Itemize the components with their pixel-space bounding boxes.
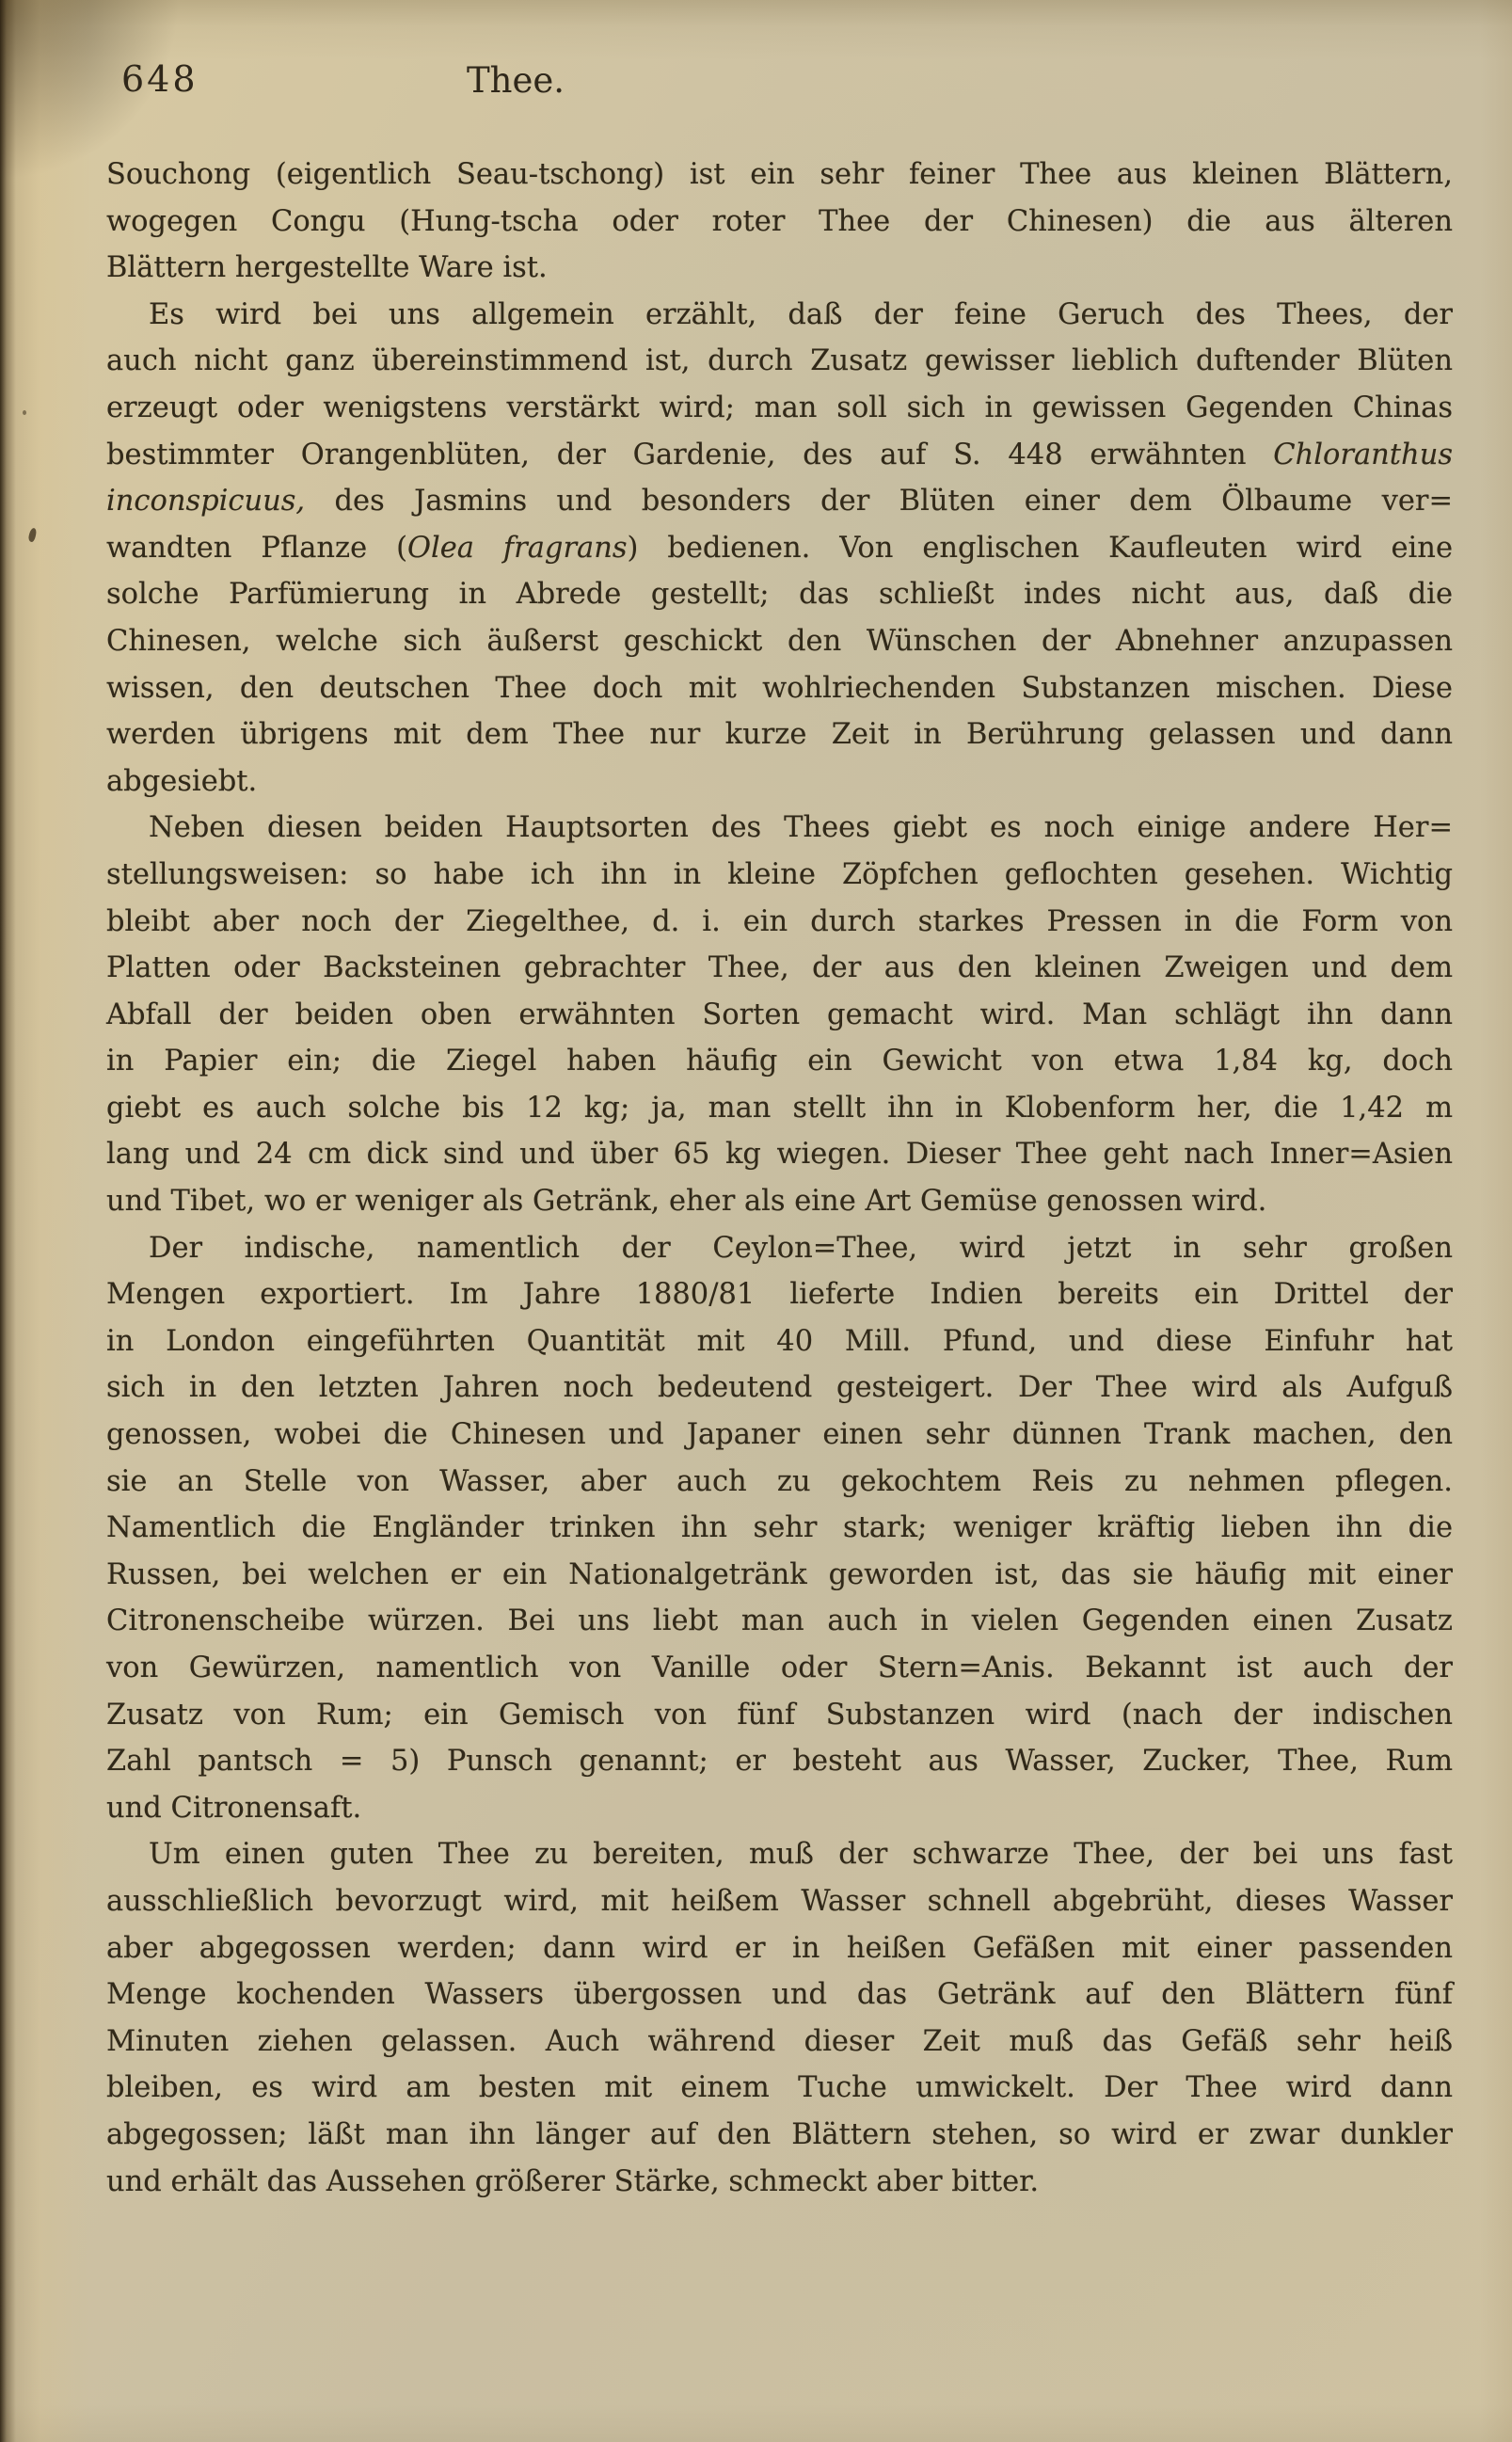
ink-speck bbox=[23, 410, 26, 415]
text-run: Blättern hergestellte Ware ist. bbox=[106, 251, 548, 284]
text-run: wogegen Congu (Hung-tscha oder roter The… bbox=[106, 205, 1453, 238]
text-line: wandten Pflanze (Olea fragrans) bedienen… bbox=[106, 525, 1453, 572]
text-run: Platten oder Backsteinen gebrachter Thee… bbox=[106, 951, 1453, 984]
text-run: Menge kochenden Wassers übergossen und d… bbox=[106, 1978, 1453, 2011]
text-run: Chinesen, welche sich äußerst geschickt … bbox=[106, 625, 1453, 658]
italic-text-run: Chloranthus bbox=[1273, 439, 1453, 471]
text-run: sie an Stelle von Wasser, aber auch zu g… bbox=[106, 1465, 1453, 1498]
text-line: in London eingeführten Quantität mit 40 … bbox=[106, 1318, 1453, 1365]
text-run: lang und 24 cm dick sind und über 65 kg … bbox=[106, 1138, 1453, 1171]
text-run: Russen, bei welchen er ein Nationalgeträ… bbox=[106, 1558, 1453, 1591]
text-line: Souchong (eigentlich Seau-tschong) ist e… bbox=[106, 152, 1453, 199]
text-line: Platten oder Backsteinen gebrachter Thee… bbox=[106, 945, 1453, 992]
text-run: Namentlich die Engländer trinken ihn seh… bbox=[106, 1511, 1453, 1544]
text-line: genossen, wobei die Chinesen und Japaner… bbox=[106, 1412, 1453, 1459]
text-line: Um einen guten Thee zu bereiten, muß der… bbox=[106, 1831, 1453, 1878]
text-run: Neben diesen beiden Hauptsorten des Thee… bbox=[149, 811, 1453, 844]
text-run: Um einen guten Thee zu bereiten, muß der… bbox=[149, 1838, 1453, 1871]
text-line: Citronenscheibe würzen. Bei uns liebt ma… bbox=[106, 1598, 1453, 1645]
text-run: genossen, wobei die Chinesen und Japaner… bbox=[106, 1418, 1453, 1451]
text-line: und erhält das Aussehen größerer Stärke,… bbox=[106, 2159, 1453, 2206]
text-line: werden übrigens mit dem Thee nur kurze Z… bbox=[106, 711, 1453, 758]
text-line: abgegossen; läßt man ihn länger auf den … bbox=[106, 2112, 1453, 2159]
text-run: wissen, den deutschen Thee doch mit wohl… bbox=[106, 672, 1453, 705]
text-run: solche Parfümierung in Abrede gestellt; … bbox=[106, 578, 1453, 611]
text-line: und Tibet, wo er weniger als Getränk, eh… bbox=[106, 1178, 1453, 1225]
text-run: Souchong (eigentlich Seau-tschong) ist e… bbox=[106, 158, 1453, 191]
running-header: 648 Thee. bbox=[0, 0, 1512, 122]
text-line: Chinesen, welche sich äußerst geschickt … bbox=[106, 618, 1453, 665]
page-number: 648 bbox=[121, 58, 199, 100]
text-line: auch nicht ganz übereinstimmend ist, dur… bbox=[106, 338, 1453, 385]
text-line: Mengen exportiert. Im Jahre 1880/81 lief… bbox=[106, 1271, 1453, 1318]
text-line: sie an Stelle von Wasser, aber auch zu g… bbox=[106, 1459, 1453, 1506]
text-run: bleibt aber noch der Ziegelthee, d. i. e… bbox=[106, 905, 1453, 938]
text-line: Namentlich die Engländer trinken ihn seh… bbox=[106, 1505, 1453, 1552]
text-line: bleibt aber noch der Ziegelthee, d. i. e… bbox=[106, 899, 1453, 946]
text-line: stellungsweisen: so habe ich ihn in klei… bbox=[106, 852, 1453, 899]
text-run: in London eingeführten Quantität mit 40 … bbox=[106, 1325, 1453, 1358]
italic-text-run: inconspicuus, bbox=[106, 485, 305, 518]
text-run: und Citronensaft. bbox=[106, 1792, 361, 1825]
text-line: ausschließlich bevorzugt wird, mit heiße… bbox=[106, 1878, 1453, 1925]
book-page: 648 Thee. Souchong (eigentlich Seau-tsch… bbox=[0, 0, 1512, 2442]
text-run: bleiben, es wird am besten mit einem Tuc… bbox=[106, 2071, 1453, 2104]
text-line: Menge kochenden Wassers übergossen und d… bbox=[106, 1971, 1453, 2019]
text-run: Der indische, namentlich der Ceylon=Thee… bbox=[149, 1232, 1453, 1265]
ink-speck bbox=[27, 527, 37, 542]
text-run: Minuten ziehen gelassen. Auch während di… bbox=[106, 2025, 1453, 2058]
text-line: aber abgegossen werden; dann wird er in … bbox=[106, 1925, 1453, 1972]
text-line: bleiben, es wird am besten mit einem Tuc… bbox=[106, 2065, 1453, 2112]
italic-text-run: Olea fragrans bbox=[407, 532, 628, 565]
text-run: Mengen exportiert. Im Jahre 1880/81 lief… bbox=[106, 1278, 1453, 1311]
text-line: Abfall der beiden oben erwähnten Sorten … bbox=[106, 992, 1453, 1039]
text-run: von Gewürzen, namentlich von Vanille ode… bbox=[106, 1652, 1453, 1684]
text-run: und erhält das Aussehen größerer Stärke,… bbox=[106, 2165, 1039, 2198]
text-run: ) bedienen. Von englischen Kaufleuten wi… bbox=[628, 532, 1453, 565]
text-line: inconspicuus, des Jasmins und besonders … bbox=[106, 478, 1453, 525]
text-run: abgegossen; läßt man ihn länger auf den … bbox=[106, 2118, 1453, 2151]
text-run: erzeugt oder wenigstens verstärkt wird; … bbox=[106, 391, 1453, 424]
text-run: abgesiebt. bbox=[106, 765, 257, 798]
text-run: wandten Pflanze ( bbox=[106, 532, 407, 565]
text-line: abgesiebt. bbox=[106, 758, 1453, 806]
text-line: giebt es auch solche bis 12 kg; ja, man … bbox=[106, 1085, 1453, 1132]
text-line: lang und 24 cm dick sind und über 65 kg … bbox=[106, 1131, 1453, 1178]
text-run: sich in den letzten Jahren noch bedeuten… bbox=[106, 1371, 1453, 1404]
text-run: in Papier ein; die Ziegel haben häufig e… bbox=[106, 1045, 1453, 1077]
text-run: bestimmter Orangenblüten, der Gardenie, … bbox=[106, 439, 1273, 471]
text-run: giebt es auch solche bis 12 kg; ja, man … bbox=[106, 1092, 1453, 1125]
text-line: von Gewürzen, namentlich von Vanille ode… bbox=[106, 1645, 1453, 1692]
text-line: Minuten ziehen gelassen. Auch während di… bbox=[106, 2019, 1453, 2066]
text-line: sich in den letzten Jahren noch bedeuten… bbox=[106, 1365, 1453, 1412]
text-block: Souchong (eigentlich Seau-tschong) ist e… bbox=[106, 152, 1453, 2205]
text-line: Russen, bei welchen er ein Nationalgeträ… bbox=[106, 1552, 1453, 1599]
text-line: und Citronensaft. bbox=[106, 1785, 1453, 1832]
text-line: Blättern hergestellte Ware ist. bbox=[106, 245, 1453, 292]
text-run: auch nicht ganz übereinstimmend ist, dur… bbox=[106, 344, 1453, 377]
text-run: und Tibet, wo er weniger als Getränk, eh… bbox=[106, 1185, 1266, 1218]
text-run: des Jasmins und besonders der Blüten ein… bbox=[305, 485, 1453, 518]
text-line: wissen, den deutschen Thee doch mit wohl… bbox=[106, 665, 1453, 712]
text-line: wogegen Congu (Hung-tscha oder roter The… bbox=[106, 199, 1453, 246]
text-line: Der indische, namentlich der Ceylon=Thee… bbox=[106, 1225, 1453, 1272]
text-line: bestimmter Orangenblüten, der Gardenie, … bbox=[106, 432, 1453, 479]
text-line: in Papier ein; die Ziegel haben häufig e… bbox=[106, 1038, 1453, 1085]
running-head-title: Thee. bbox=[467, 60, 565, 101]
text-run: aber abgegossen werden; dann wird er in … bbox=[106, 1932, 1453, 1965]
text-run: Es wird bei uns allgemein erzählt, daß d… bbox=[149, 298, 1453, 331]
text-run: ausschließlich bevorzugt wird, mit heiße… bbox=[106, 1885, 1453, 1918]
text-run: stellungsweisen: so habe ich ihn in klei… bbox=[106, 858, 1453, 891]
text-run: werden übrigens mit dem Thee nur kurze Z… bbox=[106, 718, 1453, 751]
text-line: Es wird bei uns allgemein erzählt, daß d… bbox=[106, 292, 1453, 339]
text-line: Neben diesen beiden Hauptsorten des Thee… bbox=[106, 805, 1453, 852]
text-run: Abfall der beiden oben erwähnten Sorten … bbox=[106, 998, 1453, 1031]
text-run: Zahl pantsch = 5) Punsch genannt; er bes… bbox=[106, 1745, 1453, 1778]
text-line: solche Parfümierung in Abrede gestellt; … bbox=[106, 571, 1453, 618]
text-line: erzeugt oder wenigstens verstärkt wird; … bbox=[106, 385, 1453, 432]
text-run: Zusatz von Rum; ein Gemisch von fünf Sub… bbox=[106, 1699, 1453, 1732]
text-line: Zusatz von Rum; ein Gemisch von fünf Sub… bbox=[106, 1692, 1453, 1739]
text-run: Citronenscheibe würzen. Bei uns liebt ma… bbox=[106, 1604, 1453, 1637]
text-line: Zahl pantsch = 5) Punsch genannt; er bes… bbox=[106, 1738, 1453, 1785]
